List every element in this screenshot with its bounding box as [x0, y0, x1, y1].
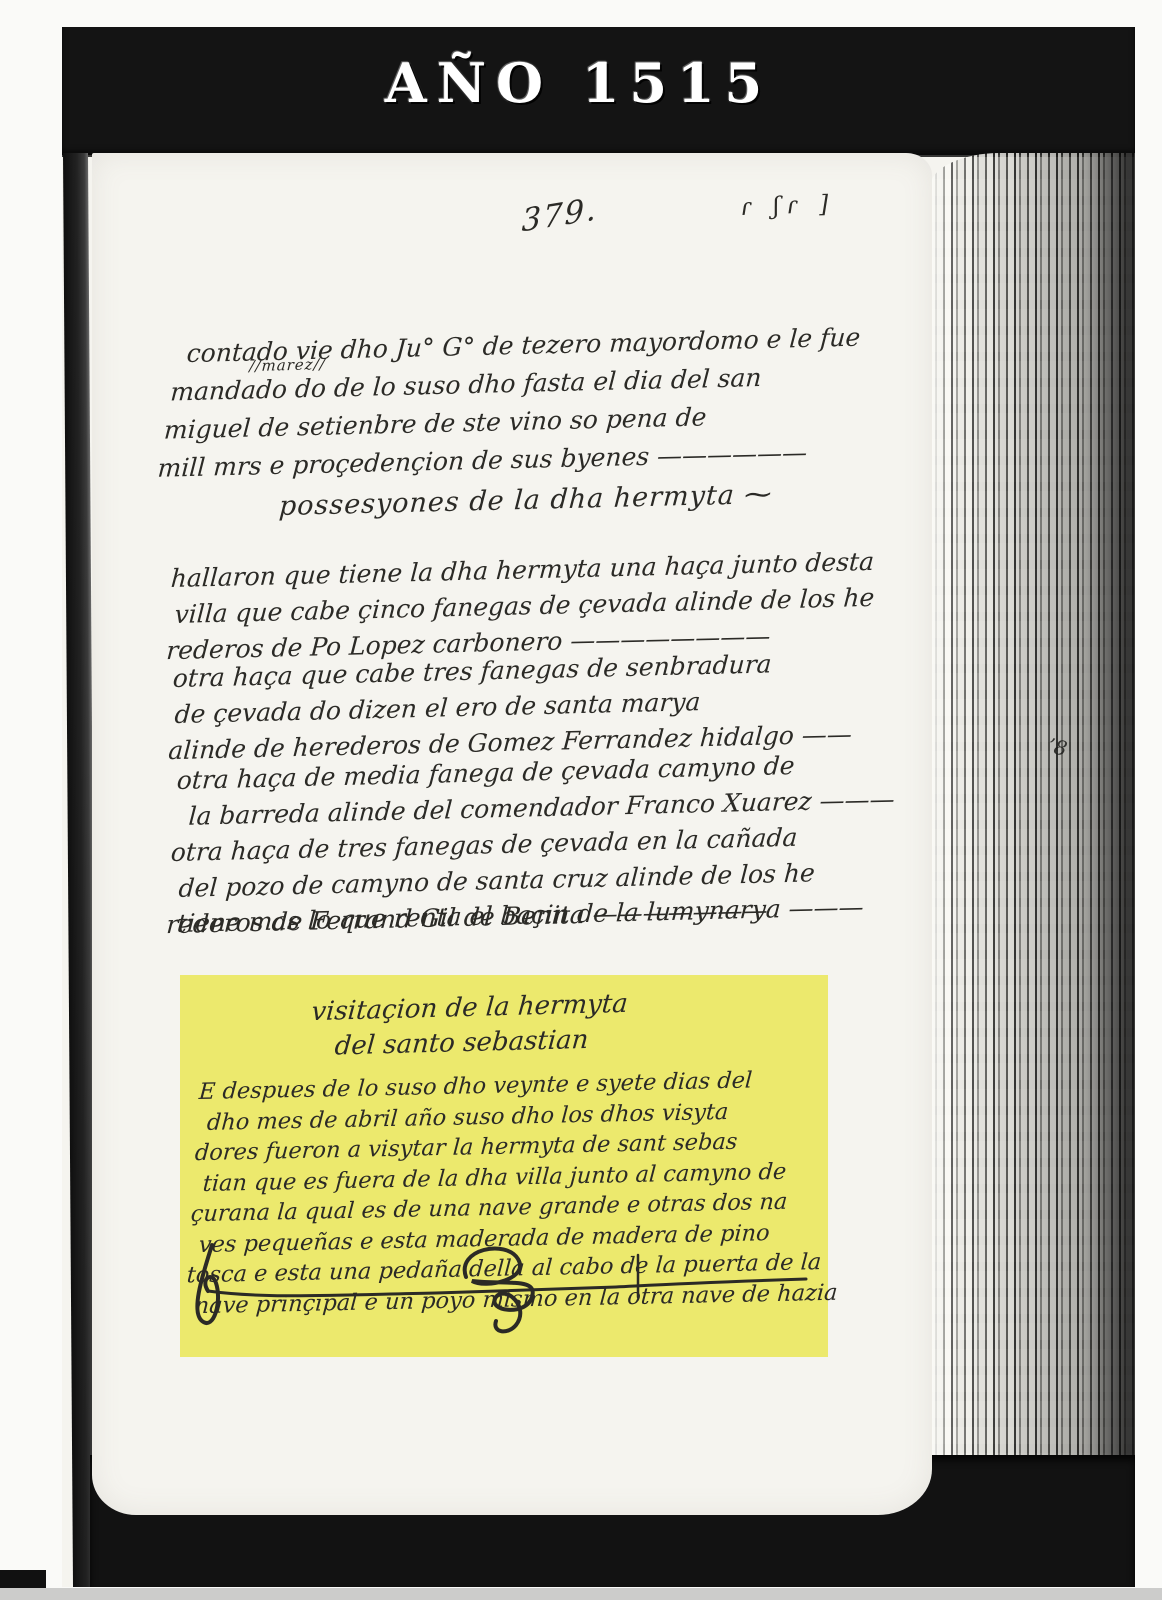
- book-fore-edge: [930, 153, 1135, 1531]
- paragraph-accounting-note: contado vie dho Ju° G° de tezero mayordo…: [178, 319, 861, 488]
- year-header-band: AÑO 1515: [62, 27, 1135, 155]
- manuscript-page: 379. ɾ ʃɾ ] contado vie dho Ju° G° de te…: [92, 153, 932, 1515]
- old-folio-mark: ɾ ʃɾ ]: [740, 190, 836, 221]
- book-photograph: AÑO 1515 ’8 379. ɾ ʃɾ ] contado vie dho …: [62, 27, 1135, 1587]
- page-number: 379.: [521, 191, 598, 240]
- visitation-heading: visitaçion de la hermyta del santo sebas…: [307, 987, 629, 1065]
- scan-bottom-strip: [0, 1588, 1162, 1600]
- highlighted-visitation-section: visitaçion de la hermyta del santo sebas…: [180, 975, 828, 1357]
- archival-scan: AÑO 1515 ’8 379. ɾ ʃɾ ] contado vie dho …: [0, 0, 1162, 1600]
- manuscript-line: del santo sebastian: [333, 1022, 626, 1065]
- notarial-flourish: [186, 1237, 816, 1347]
- year-title: AÑO 1515: [62, 51, 1095, 115]
- possessions-heading: possesyones de la dha hermyta ⁓: [278, 479, 773, 522]
- interlinear-insertion: //marez//: [249, 355, 326, 375]
